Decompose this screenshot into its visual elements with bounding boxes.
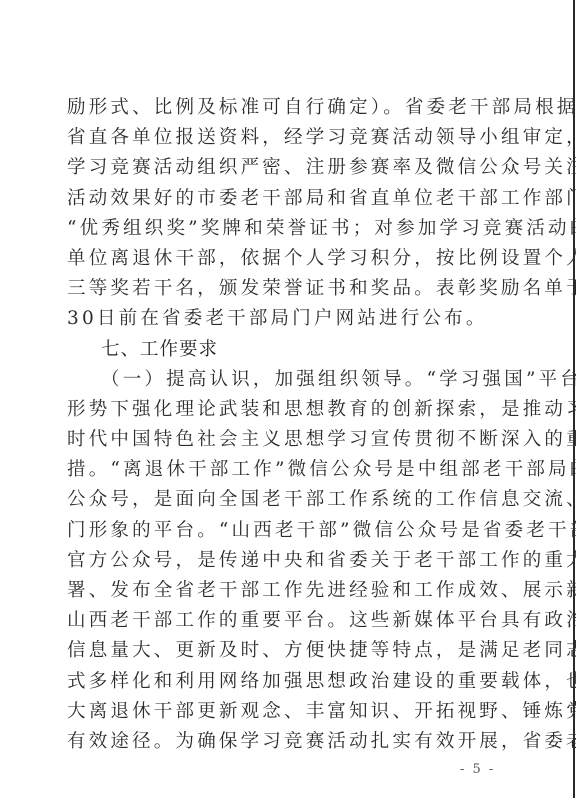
paragraph-line: 活动效果好的市委老干部局和省直单位老干部工作部门，颁发 (67, 184, 537, 214)
document-page: 励形式、比例及标准可自行确定）。省委老干部局根据各市和 省直各单位报送资料，经学… (0, 0, 576, 798)
paragraph-line: 单位离退休干部，依据个人学习积分，按比例设置个人一、二、 (67, 244, 537, 274)
section-heading: 七、工作要求 (67, 335, 537, 365)
paragraph-line: 门形象的平台。“山西老干部”微信公众号是省委老干部局的 (67, 516, 537, 546)
paragraph-line: 大离退休干部更新观念、丰富知识、开拓视野、锤炼党性的 (67, 697, 537, 727)
paragraph-line: 署、发布全省老干部工作先进经验和工作成效、展示新时代 (67, 576, 537, 606)
paragraph-line: 形势下强化理论武装和思想教育的创新探索，是推动习近平新 (67, 395, 537, 425)
paragraph-line: 学习竞赛活动组织严密、注册参赛率及微信公众号关注率高、 (67, 153, 537, 183)
page-number: - 5 - (460, 762, 495, 777)
paragraph-line: 励形式、比例及标准可自行确定）。省委老干部局根据各市和 (67, 93, 537, 123)
paragraph-line: 省直各单位报送资料，经学习竞赛活动领导小组审定，对开展 (67, 123, 537, 153)
paragraph-line: 时代中国特色社会主义思想学习宣传贯彻不断深入的重要举 (67, 425, 537, 455)
paragraph-line: （一）提高认识，加强组织领导。“学习强国”平台是新 (67, 365, 537, 395)
paragraph-line: 官方公众号，是传递中央和省委关于老干部工作的重大决策部 (67, 546, 537, 576)
paragraph-line: 公众号，是面向全国老干部工作系统的工作信息交流、展示部 (67, 485, 537, 515)
paragraph-line: 30日前在省委老干部局门户网站进行公布。 (67, 304, 537, 334)
paragraph-line: “优秀组织奖”奖牌和荣誉证书；对参加学习竞赛活动的省直 (67, 214, 537, 244)
paragraph-line: 山西老干部工作的重要平台。这些新媒体平台具有政治性强、 (67, 606, 537, 636)
paragraph-line: 有效途径。为确保学习竞赛活动扎实有效开展，省委老干部 (67, 727, 537, 757)
paragraph-line: 措。“离退休干部工作”微信公众号是中组部老干部局的官方 (67, 455, 537, 485)
document-body: 励形式、比例及标准可自行确定）。省委老干部局根据各市和 省直各单位报送资料，经学… (67, 93, 537, 757)
paragraph-line: 式多样化和利用网络加强思想政治建设的重要载体，也是广 (67, 667, 537, 697)
paragraph-line: 三等奖若干名，颁发荣誉证书和奖品。表彰奖励名单于9月 (67, 274, 537, 304)
paragraph-line: 信息量大、更新及时、方便快捷等特点，是满足老同志学习形 (67, 636, 537, 666)
